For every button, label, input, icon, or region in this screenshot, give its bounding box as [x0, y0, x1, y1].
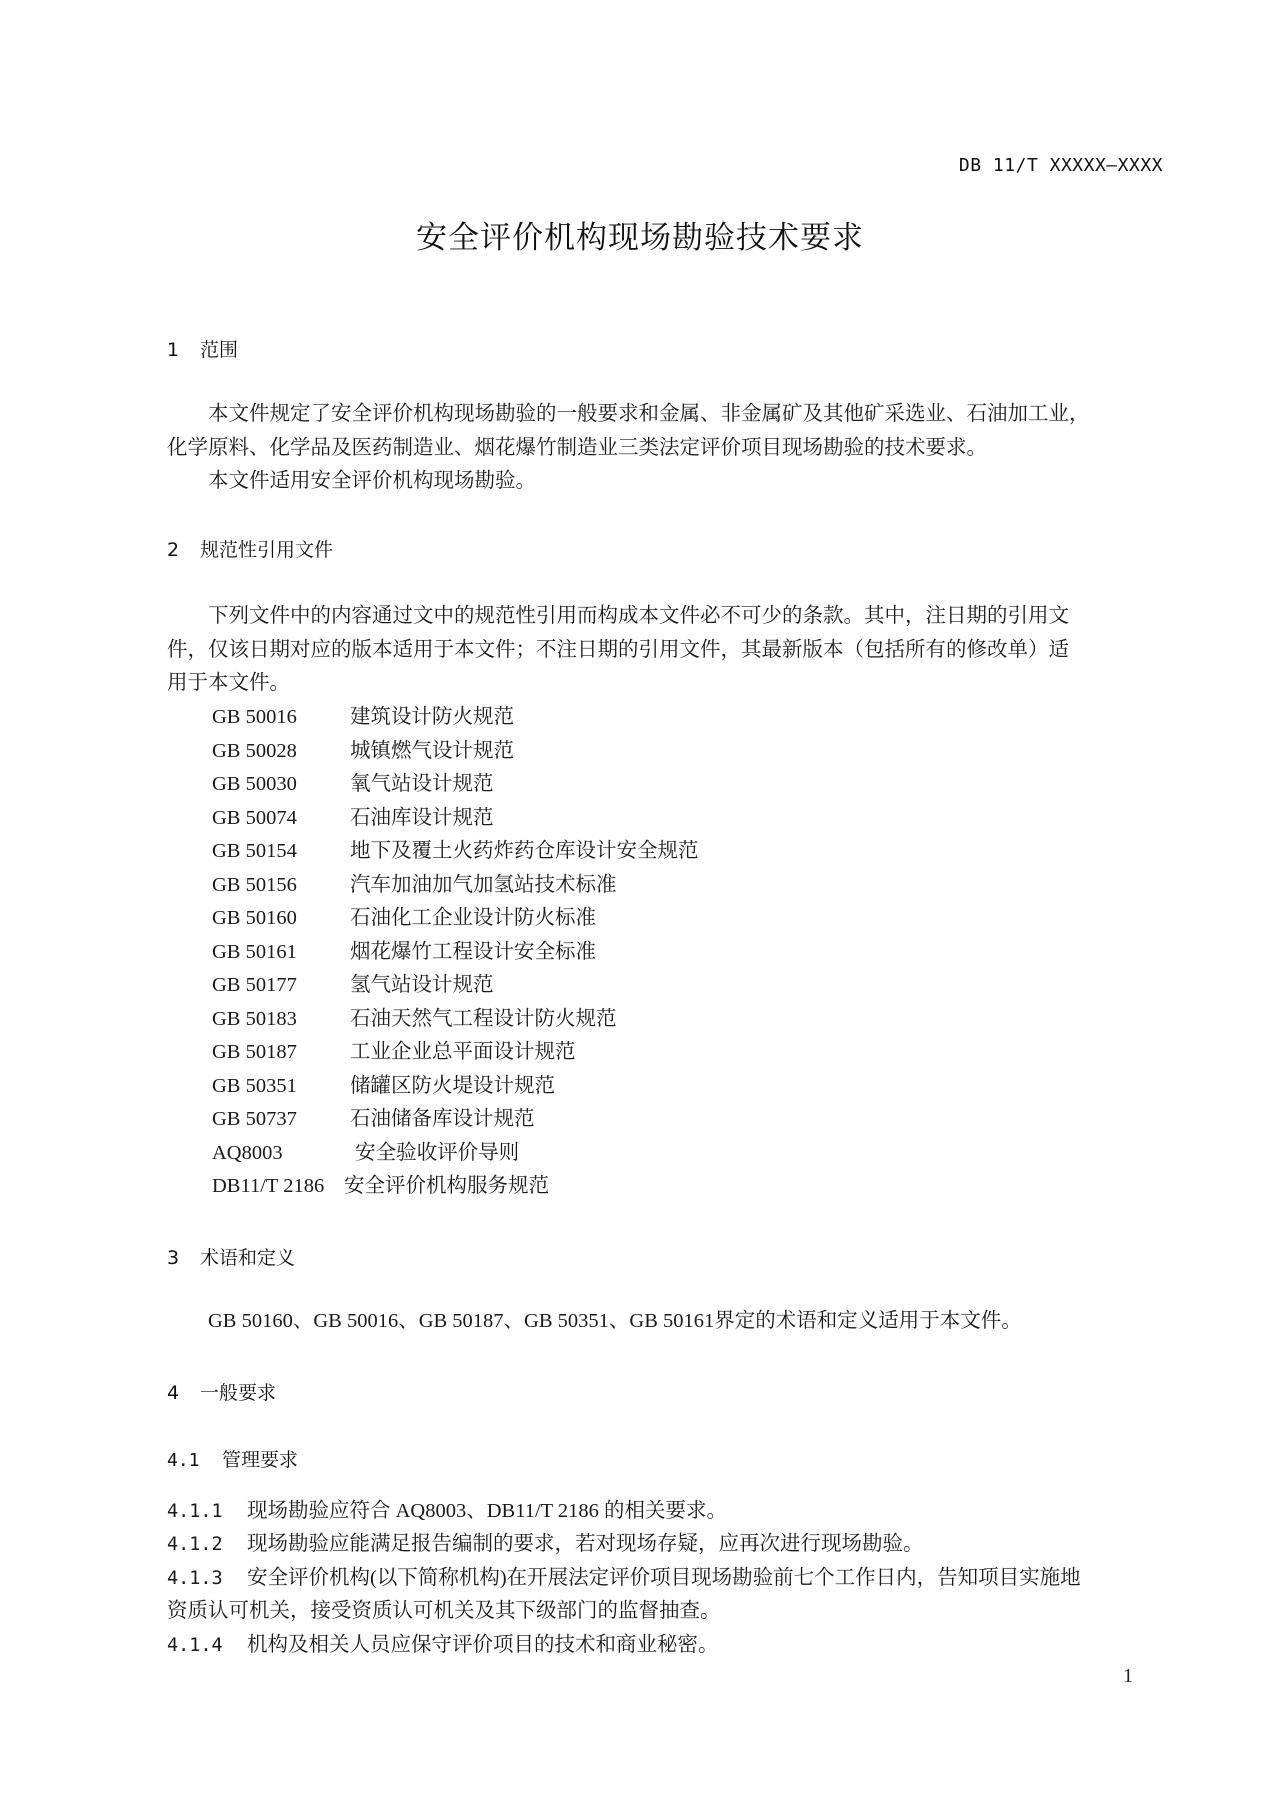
reference-item: DB11/T 2186安全评价机构服务规范: [212, 1170, 699, 1204]
clause-text: 现场勘验应能满足报告编制的要求，若对现场存疑，应再次进行现场勘验。: [247, 1533, 924, 1555]
reference-title: 储罐区防火堤设计规范: [350, 1075, 555, 1097]
reference-code: GB 50154: [212, 835, 350, 869]
paragraph-line: 本文件适用安全评价机构现场勘验。: [167, 465, 1157, 499]
section-number: 4: [167, 1382, 200, 1404]
clause-4-1-3: 4.1.3安全评价机构(以下简称机构)在开展法定评价项目现场勘验前七个工作日内，…: [167, 1562, 1081, 1596]
reference-item: AQ8003 安全验收评价导则: [212, 1137, 699, 1171]
clause-number: 4.1.1: [167, 1495, 247, 1529]
reference-item: GB 50351储罐区防火堤设计规范: [212, 1070, 699, 1104]
section-4-heading: 4一般要求: [167, 1378, 276, 1405]
paragraph-line: GB 50160、GB 50016、GB 50187、GB 50351、GB 5…: [167, 1305, 1157, 1339]
document-page: DB 11/T XXXXX—XXXX 安全评价机构现场勘验技术要求 1范围 本文…: [0, 0, 1280, 1810]
paragraph-line: 用于本文件。: [167, 667, 1157, 701]
paragraph-line: 下列文件中的内容通过文中的规范性引用而构成本文件必不可少的条款。其中，注日期的引…: [167, 600, 1157, 634]
reference-item: GB 50177氢气站设计规范: [212, 969, 699, 1003]
clause-text: 机构及相关人员应保守评价项目的技术和商业秘密。: [247, 1634, 719, 1656]
reference-title: 石油库设计规范: [350, 807, 494, 829]
document-title: 安全评价机构现场勘验技术要求: [0, 212, 1280, 257]
section-title: 范围: [200, 339, 238, 361]
normative-references-list: GB 50016建筑设计防火规范 GB 50028城镇燃气设计规范 GB 500…: [212, 701, 699, 1204]
reference-title: 安全验收评价导则: [350, 1142, 519, 1164]
clause-number: 4.1.4: [167, 1629, 247, 1663]
section-number: 1: [167, 339, 200, 361]
clause-text: 资质认可机关，接受资质认可机关及其下级部门的监督抽查。: [167, 1600, 721, 1622]
page-number: 1: [1123, 1665, 1133, 1688]
reference-code: GB 50160: [212, 902, 350, 936]
reference-item: GB 50074石油库设计规范: [212, 802, 699, 836]
section-2-intro: 下列文件中的内容通过文中的规范性引用而构成本文件必不可少的条款。其中，注日期的引…: [167, 600, 1157, 701]
subsection-4-1-heading: 4.1管理要求: [167, 1445, 298, 1472]
reference-code: GB 50177: [212, 969, 350, 1003]
section-title: 术语和定义: [200, 1247, 295, 1269]
reference-title: 工业企业总平面设计规范: [350, 1041, 576, 1063]
reference-code: GB 50074: [212, 802, 350, 836]
paragraph-line: 化学原料、化学品及医药制造业、烟花爆竹制造业三类法定评价项目现场勘验的技术要求。: [167, 432, 1157, 466]
reference-code: DB11/T 2186: [212, 1170, 344, 1204]
section-number: 3: [167, 1247, 200, 1269]
reference-title: 建筑设计防火规范: [350, 706, 514, 728]
section-3-heading: 3术语和定义: [167, 1243, 295, 1270]
reference-title: 氧气站设计规范: [350, 773, 494, 795]
clause-4-1-1: 4.1.1现场勘验应符合 AQ8003、DB11/T 2186 的相关要求。: [167, 1495, 727, 1529]
reference-title: 石油储备库设计规范: [350, 1108, 535, 1130]
reference-item: GB 50183石油天然气工程设计防火规范: [212, 1003, 699, 1037]
reference-item: GB 50154地下及覆土火药炸药仓库设计安全规范: [212, 835, 699, 869]
section-1-body: 本文件规定了安全评价机构现场勘验的一般要求和金属、非金属矿及其他矿采选业、石油加…: [167, 398, 1157, 499]
clause-text: 现场勘验应符合 AQ8003、DB11/T 2186 的相关要求。: [247, 1500, 727, 1522]
subsection-title: 管理要求: [222, 1449, 298, 1471]
section-1-heading: 1范围: [167, 335, 238, 362]
reference-code: GB 50183: [212, 1003, 350, 1037]
reference-code: GB 50187: [212, 1036, 350, 1070]
clause-text: 安全评价机构(以下简称机构)在开展法定评价项目现场勘验前七个工作日内，告知项目实…: [247, 1567, 1081, 1589]
reference-title: 石油化工企业设计防火标准: [350, 907, 596, 929]
section-3-body: GB 50160、GB 50016、GB 50187、GB 50351、GB 5…: [167, 1305, 1157, 1339]
clause-4-1-3-continuation: 资质认可机关，接受资质认可机关及其下级部门的监督抽查。: [167, 1595, 721, 1629]
reference-item: GB 50737石油储备库设计规范: [212, 1103, 699, 1137]
section-title: 规范性引用文件: [200, 539, 333, 561]
paragraph-line: 本文件规定了安全评价机构现场勘验的一般要求和金属、非金属矿及其他矿采选业、石油加…: [167, 398, 1157, 432]
reference-title: 地下及覆土火药炸药仓库设计安全规范: [350, 840, 699, 862]
reference-title: 石油天然气工程设计防火规范: [350, 1008, 617, 1030]
reference-code: GB 50161: [212, 936, 350, 970]
reference-title: 氢气站设计规范: [350, 974, 494, 996]
reference-item: GB 50161烟花爆竹工程设计安全标准: [212, 936, 699, 970]
paragraph-line: 件，仅该日期对应的版本适用于本文件；不注日期的引用文件，其最新版本（包括所有的修…: [167, 634, 1157, 668]
section-number: 2: [167, 539, 200, 561]
clause-number: 4.1.2: [167, 1528, 247, 1562]
clause-4-1-2: 4.1.2现场勘验应能满足报告编制的要求，若对现场存疑，应再次进行现场勘验。: [167, 1528, 924, 1562]
subsection-number: 4.1: [167, 1450, 222, 1471]
reference-code: GB 50028: [212, 735, 350, 769]
reference-code: GB 50030: [212, 768, 350, 802]
reference-title: 安全评价机构服务规范: [344, 1175, 549, 1197]
reference-item: GB 50160石油化工企业设计防火标准: [212, 902, 699, 936]
reference-code: GB 50016: [212, 701, 350, 735]
reference-title: 汽车加油加气加氢站技术标准: [350, 874, 617, 896]
section-2-heading: 2规范性引用文件: [167, 535, 333, 562]
clause-4-1-4: 4.1.4机构及相关人员应保守评价项目的技术和商业秘密。: [167, 1629, 719, 1663]
reference-code: AQ8003: [212, 1137, 350, 1171]
reference-item: GB 50030氧气站设计规范: [212, 768, 699, 802]
reference-title: 城镇燃气设计规范: [350, 740, 514, 762]
reference-item: GB 50187工业企业总平面设计规范: [212, 1036, 699, 1070]
reference-item: GB 50028城镇燃气设计规范: [212, 735, 699, 769]
section-title: 一般要求: [200, 1382, 276, 1404]
standard-code: DB 11/T XXXXX—XXXX: [959, 155, 1163, 176]
reference-code: GB 50351: [212, 1070, 350, 1104]
reference-code: GB 50156: [212, 869, 350, 903]
clause-number: 4.1.3: [167, 1562, 247, 1596]
reference-title: 烟花爆竹工程设计安全标准: [350, 941, 596, 963]
reference-item: GB 50016建筑设计防火规范: [212, 701, 699, 735]
reference-item: GB 50156汽车加油加气加氢站技术标准: [212, 869, 699, 903]
reference-code: GB 50737: [212, 1103, 350, 1137]
